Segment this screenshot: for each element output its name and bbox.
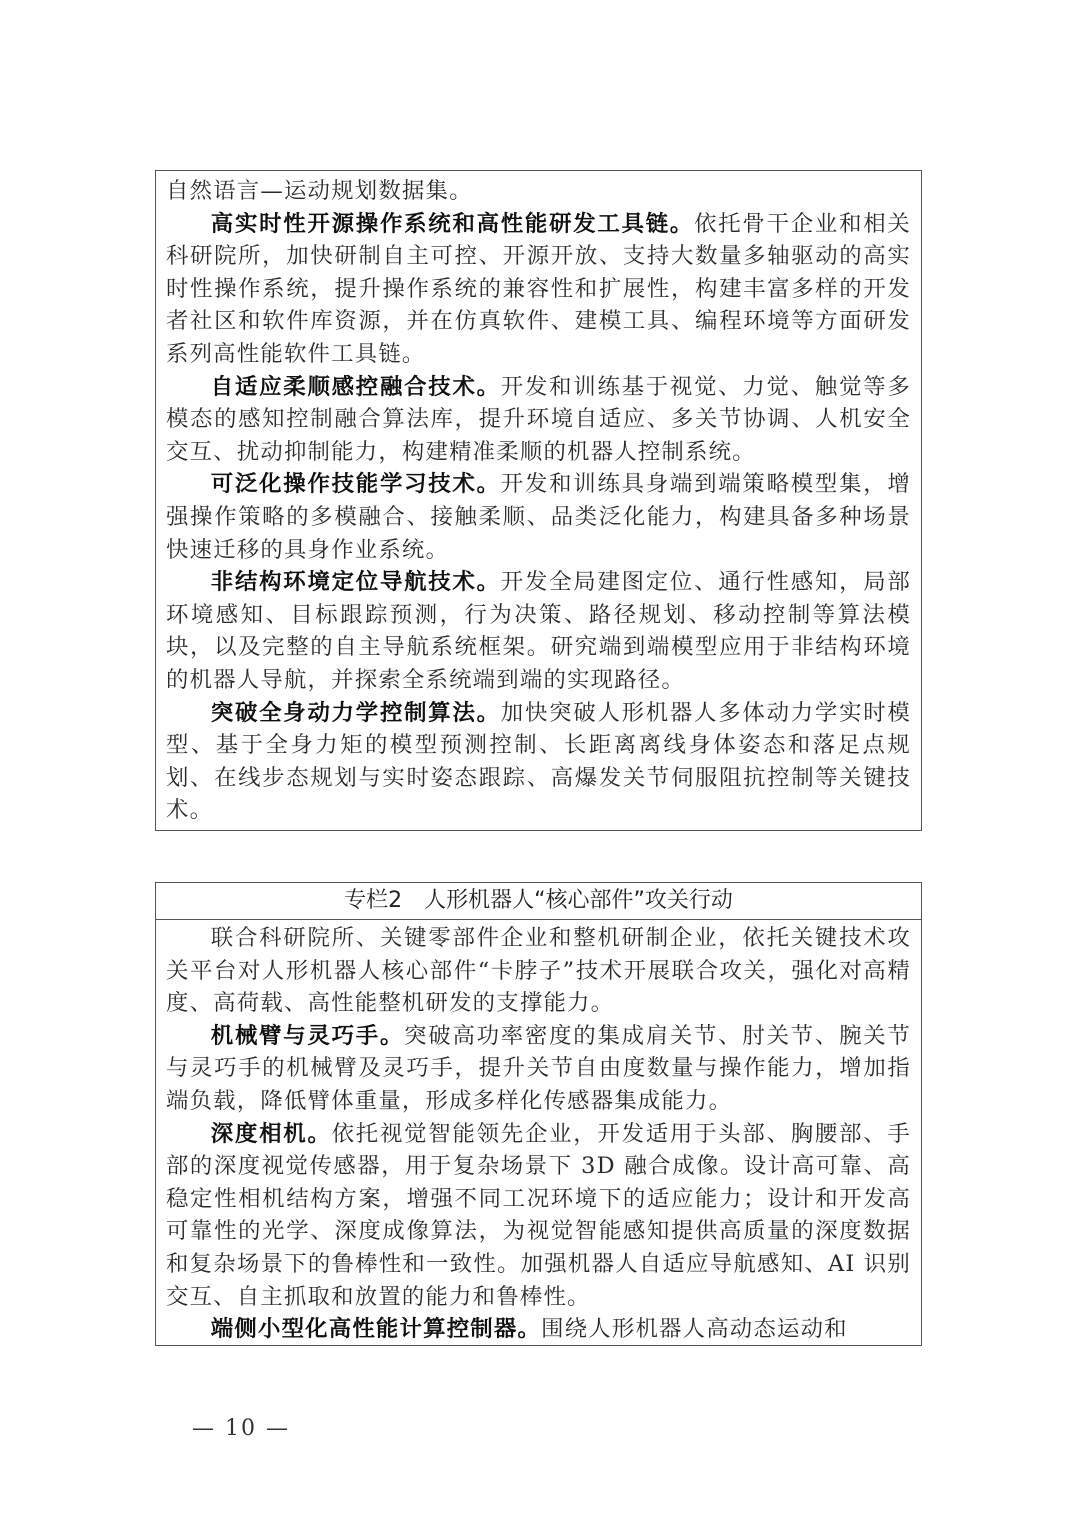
paragraph-adaptive-compliance: 自适应柔顺感控融合技术。开发和训练基于视觉、力觉、触觉等多模态的感知控制融合算法… bbox=[166, 371, 911, 469]
paragraph-heading: 高实时性开源操作系统和高性能研发工具链。 bbox=[211, 211, 694, 237]
column-box-body: 联合科研院所、关键零部件企业和整机研制企业，依托关键技术攻关平台对人形机器人核心… bbox=[156, 920, 921, 1346]
paragraph-arm-hand: 机械臂与灵巧手。突破高功率密度的集成肩关节、肘关节、腕关节与灵巧手的机械臂及灵巧… bbox=[166, 1020, 911, 1118]
paragraph-realtime-os: 高实时性开源操作系统和高性能研发工具链。依托骨干企业和相关科研院所，加快研制自主… bbox=[166, 208, 911, 371]
column-box-2: 专栏2 人形机器人“核心部件”攻关行动 联合科研院所、关键零部件企业和整机研制企… bbox=[155, 882, 922, 1346]
paragraph-heading: 深度相机。 bbox=[211, 1121, 332, 1147]
column-box-continued: 自然语言—运动规划数据集。 高实时性开源操作系统和高性能研发工具链。依托骨干企业… bbox=[155, 170, 922, 831]
paragraph-heading: 非结构环境定位导航技术。 bbox=[211, 569, 501, 595]
paragraph-heading: 机械臂与灵巧手。 bbox=[211, 1023, 404, 1049]
paragraph-navigation: 非结构环境定位导航技术。开发全局建图定位、通行性感知，局部环境感知、目标跟踪预测… bbox=[166, 566, 911, 696]
paragraph-depth-camera: 深度相机。依托视觉智能领先企业，开发适用于头部、胸腰部、手部的深度视觉传感器，用… bbox=[166, 1118, 911, 1314]
paragraph-whole-body-dynamics: 突破全身动力学控制算法。加快突破人形机器人多体动力学实时模型、基于全身力矩的模型… bbox=[166, 697, 911, 827]
paragraph-body: 围绕人形机器人高动态运动和 bbox=[541, 1316, 848, 1342]
column-box-title: 专栏2 人形机器人“核心部件”攻关行动 bbox=[156, 883, 921, 920]
continuation-text: 自然语言—运动规划数据集。 bbox=[166, 175, 911, 208]
paragraph-body: 依托视觉智能领先企业，开发适用于头部、胸腰部、手部的深度视觉传感器，用于复杂场景… bbox=[166, 1121, 911, 1310]
paragraph-heading: 可泛化操作技能学习技术。 bbox=[211, 471, 501, 497]
paragraph-heading: 端侧小型化高性能计算控制器。 bbox=[211, 1316, 541, 1342]
paragraph-heading: 自适应柔顺感控融合技术。 bbox=[211, 374, 501, 400]
page-number: — 10 — bbox=[192, 1416, 290, 1441]
paragraph-heading: 突破全身动力学控制算法。 bbox=[211, 700, 501, 726]
paragraph-edge-controller: 端侧小型化高性能计算控制器。围绕人形机器人高动态运动和 bbox=[166, 1313, 911, 1346]
paragraph-skill-learning: 可泛化操作技能学习技术。开发和训练具身端到端策略模型集，增强操作策略的多模融合、… bbox=[166, 468, 911, 566]
intro-paragraph: 联合科研院所、关键零部件企业和整机研制企业，依托关键技术攻关平台对人形机器人核心… bbox=[166, 922, 911, 1020]
